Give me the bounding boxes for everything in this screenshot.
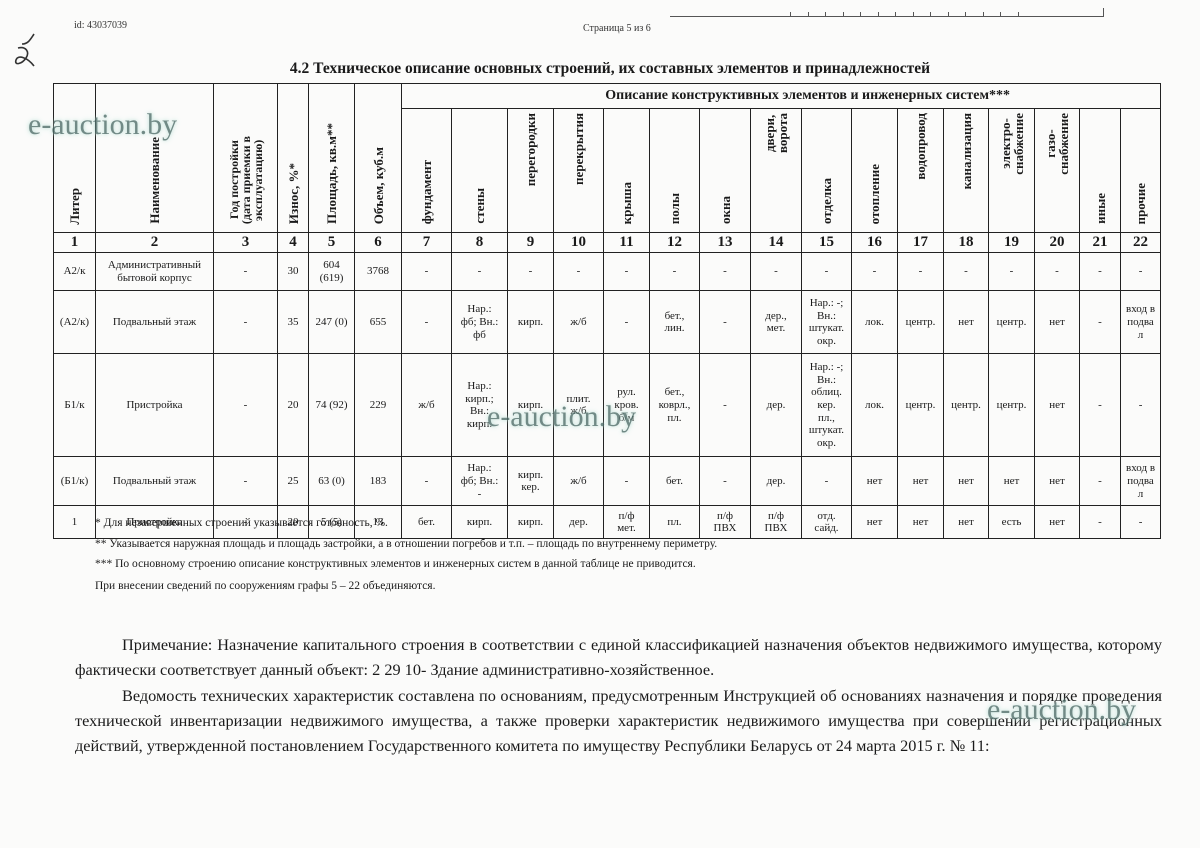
footnote-3: *** По основному строению описание конст…	[95, 558, 696, 570]
table-cell: центр.	[944, 354, 989, 457]
column-number: 20	[1035, 233, 1080, 253]
table-cell: вход в подва л	[1121, 291, 1161, 354]
col-header-12: полы	[650, 109, 700, 233]
table-cell: дер.	[751, 354, 802, 457]
note-paragraph: Примечание: Назначение капитального стро…	[75, 632, 1162, 682]
table-cell: нет	[944, 506, 989, 539]
table-cell: -	[1080, 457, 1121, 506]
table-cell: 25	[278, 457, 309, 506]
table-cell: п/ф ПВХ	[700, 506, 751, 539]
table-cell: лок.	[852, 291, 898, 354]
table-cell: -	[700, 291, 751, 354]
col-header-20: газо- снабжение	[1035, 109, 1080, 233]
table-cell: -	[944, 253, 989, 291]
table-cell: кирп. кер.	[508, 457, 554, 506]
table-cell: бет., лин.	[650, 291, 700, 354]
table-cell: нет	[989, 457, 1035, 506]
table-cell: Нар.: кирп.; Вн.: кирп.	[452, 354, 508, 457]
table-cell: 63 (0)	[309, 457, 355, 506]
table-cell: Нар.: -; Вн.: облиц. кер. пл., штукат. о…	[802, 354, 852, 457]
table-cell: нет	[898, 457, 944, 506]
table-cell: нет	[898, 506, 944, 539]
table-cell: нет	[944, 457, 989, 506]
table-cell: кирп.	[508, 506, 554, 539]
table-cell: -	[1121, 354, 1161, 457]
table-cell: нет	[1035, 291, 1080, 354]
table-cell: Б1/к	[54, 354, 96, 457]
table-cell: 247 (0)	[309, 291, 355, 354]
table-cell: -	[700, 253, 751, 291]
table-cell: -	[214, 354, 278, 457]
column-number: 1	[54, 233, 96, 253]
column-number: 11	[604, 233, 650, 253]
column-number: 12	[650, 233, 700, 253]
table-cell: центр.	[898, 354, 944, 457]
col-header-volume: Объем, куб.м	[355, 84, 402, 233]
page-indicator: Страница 5 из 6	[583, 23, 651, 34]
table-cell: -	[1121, 506, 1161, 539]
table-cell: Нар.: фб; Вн.: -	[452, 457, 508, 506]
col-header-wear: Износ, %*	[278, 84, 309, 233]
table-cell: -	[1121, 253, 1161, 291]
table-cell: дер.	[554, 506, 604, 539]
table-cell: кирп.	[452, 506, 508, 539]
table-cell: нет	[1035, 354, 1080, 457]
column-number: 21	[1080, 233, 1121, 253]
table-cell: -	[989, 253, 1035, 291]
table-cell: есть	[989, 506, 1035, 539]
table-cell: (А2/к)	[54, 291, 96, 354]
col-header-15: отделка	[802, 109, 852, 233]
table-cell: -	[1035, 253, 1080, 291]
column-number: 16	[852, 233, 898, 253]
table-cell: бет.	[650, 457, 700, 506]
table-cell: -	[898, 253, 944, 291]
table-cell: 183	[355, 457, 402, 506]
table-cell: -	[852, 253, 898, 291]
table-cell: нет	[852, 506, 898, 539]
table-row: (А2/к)Подвальный этаж-35247 (0)655-Нар.:…	[54, 291, 1161, 354]
table-cell: нет	[1035, 457, 1080, 506]
table-cell: 229	[355, 354, 402, 457]
table-cell: рул. кров. б/м	[604, 354, 650, 457]
table-cell: -	[700, 457, 751, 506]
table-cell: 35	[278, 291, 309, 354]
table-cell: лок.	[852, 354, 898, 457]
table-cell: -	[802, 457, 852, 506]
table-cell: Пристройка	[96, 354, 214, 457]
table-cell: центр.	[989, 291, 1035, 354]
table-cell: -	[214, 291, 278, 354]
table-cell: дер.	[751, 457, 802, 506]
column-number: 8	[452, 233, 508, 253]
table-cell: -	[604, 291, 650, 354]
table-cell: -	[1080, 291, 1121, 354]
table-cell: -	[650, 253, 700, 291]
document-page: id: 43037039 Страница 5 из 6 4.2 Техниче…	[0, 0, 1200, 848]
ruler-marks	[670, 8, 1104, 17]
col-header-19: электро- снабжение	[989, 109, 1035, 233]
col-header-year: Год постройки (дата приемки в эксплуатац…	[214, 84, 278, 233]
table-cell: ж/б	[554, 457, 604, 506]
column-number: 19	[989, 233, 1035, 253]
table-cell: пл.	[650, 506, 700, 539]
col-header-name: Наименование	[96, 84, 214, 233]
column-number: 5	[309, 233, 355, 253]
table-cell: -	[802, 253, 852, 291]
table-cell: -	[1080, 253, 1121, 291]
col-header-8: стены	[452, 109, 508, 233]
table-cell: -	[751, 253, 802, 291]
table-cell: дер., мет.	[751, 291, 802, 354]
table-cell: -	[214, 457, 278, 506]
table-cell: плит. ж/б	[554, 354, 604, 457]
column-number: 17	[898, 233, 944, 253]
table-cell: -	[1080, 354, 1121, 457]
col-header-16: отопление	[852, 109, 898, 233]
table-cell: (Б1/к)	[54, 457, 96, 506]
column-number: 13	[700, 233, 751, 253]
table-cell: нет	[1035, 506, 1080, 539]
table-cell: -	[700, 354, 751, 457]
group-header: Описание конструктивных элементов и инже…	[402, 84, 1161, 109]
col-header-14: двери, ворота	[751, 109, 802, 233]
column-number: 22	[1121, 233, 1161, 253]
col-header-18: канализация	[944, 109, 989, 233]
col-header-liter: Литер	[54, 84, 96, 233]
col-header-7: фундамент	[402, 109, 452, 233]
table-cell: А2/к	[54, 253, 96, 291]
table-cell: -	[214, 253, 278, 291]
table-cell: п/ф ПВХ	[751, 506, 802, 539]
table-cell: Нар.: -; Вн.: штукат. окр.	[802, 291, 852, 354]
section-title: 4.2 Техническое описание основных строен…	[0, 60, 1200, 78]
table-cell: центр.	[898, 291, 944, 354]
basis-paragraph: Ведомость технических характеристик сост…	[75, 683, 1162, 758]
table-cell: 20	[278, 354, 309, 457]
table-cell: -	[452, 253, 508, 291]
table-cell: -	[604, 253, 650, 291]
table-cell: бет., коврл., пл.	[650, 354, 700, 457]
col-header-area: Площадь, кв.м**	[309, 84, 355, 233]
column-number: 4	[278, 233, 309, 253]
table-cell: -	[554, 253, 604, 291]
table-cell: 1	[54, 506, 96, 539]
column-number: 3	[214, 233, 278, 253]
col-header-13: окна	[700, 109, 751, 233]
col-header-21: иные	[1080, 109, 1121, 233]
column-number: 9	[508, 233, 554, 253]
table-cell: центр.	[989, 354, 1035, 457]
table-cell: кирп.	[508, 354, 554, 457]
table-cell: 3768	[355, 253, 402, 291]
column-number: 2	[96, 233, 214, 253]
col-header-17: водопровод	[898, 109, 944, 233]
table-cell: -	[402, 457, 452, 506]
table-cell: 604 (619)	[309, 253, 355, 291]
table-cell: нет	[852, 457, 898, 506]
table-cell: кирп.	[508, 291, 554, 354]
column-number: 7	[402, 233, 452, 253]
table-cell: п/ф мет.	[604, 506, 650, 539]
table-cell: вход в подва л	[1121, 457, 1161, 506]
column-number: 10	[554, 233, 604, 253]
document-id: id: 43037039	[74, 20, 127, 31]
table-cell: ж/б	[554, 291, 604, 354]
footnote-2: ** Указывается наружная площадь и площад…	[95, 538, 717, 550]
table-cell: Нар.: фб; Вн.: фб	[452, 291, 508, 354]
column-number: 15	[802, 233, 852, 253]
col-header-11: крыша	[604, 109, 650, 233]
footnote-4: При внесении сведений по сооружениям гра…	[95, 580, 435, 592]
table-cell: -	[402, 253, 452, 291]
table-cell: Подвальный этаж	[96, 291, 214, 354]
col-header-10: перекрытия	[554, 109, 604, 233]
table-cell: отд. сайд.	[802, 506, 852, 539]
column-number: 14	[751, 233, 802, 253]
table-cell: 74 (92)	[309, 354, 355, 457]
table-cell: 655	[355, 291, 402, 354]
col-header-9: перегородки	[508, 109, 554, 233]
table-cell: 30	[278, 253, 309, 291]
table-cell: нет	[944, 291, 989, 354]
column-number: 18	[944, 233, 989, 253]
table-cell: -	[508, 253, 554, 291]
table-row: А2/кАдминистративный бытовой корпус-3060…	[54, 253, 1161, 291]
col-header-22: прочие	[1121, 109, 1161, 233]
table-cell: Административный бытовой корпус	[96, 253, 214, 291]
table-row: (Б1/к)Подвальный этаж-2563 (0)183-Нар.: …	[54, 457, 1161, 506]
technical-description-table: Литер Наименование Год постройки (дата п…	[53, 83, 1161, 539]
column-number: 6	[355, 233, 402, 253]
table-cell: ж/б	[402, 354, 452, 457]
table-cell: -	[1080, 506, 1121, 539]
footnote-1: * Для незавершенных строений указывается…	[95, 517, 388, 529]
table-cell: бет.	[402, 506, 452, 539]
table-cell: -	[402, 291, 452, 354]
table-cell: Подвальный этаж	[96, 457, 214, 506]
table-cell: -	[604, 457, 650, 506]
table-row: Б1/кПристройка-2074 (92)229ж/бНар.: кирп…	[54, 354, 1161, 457]
